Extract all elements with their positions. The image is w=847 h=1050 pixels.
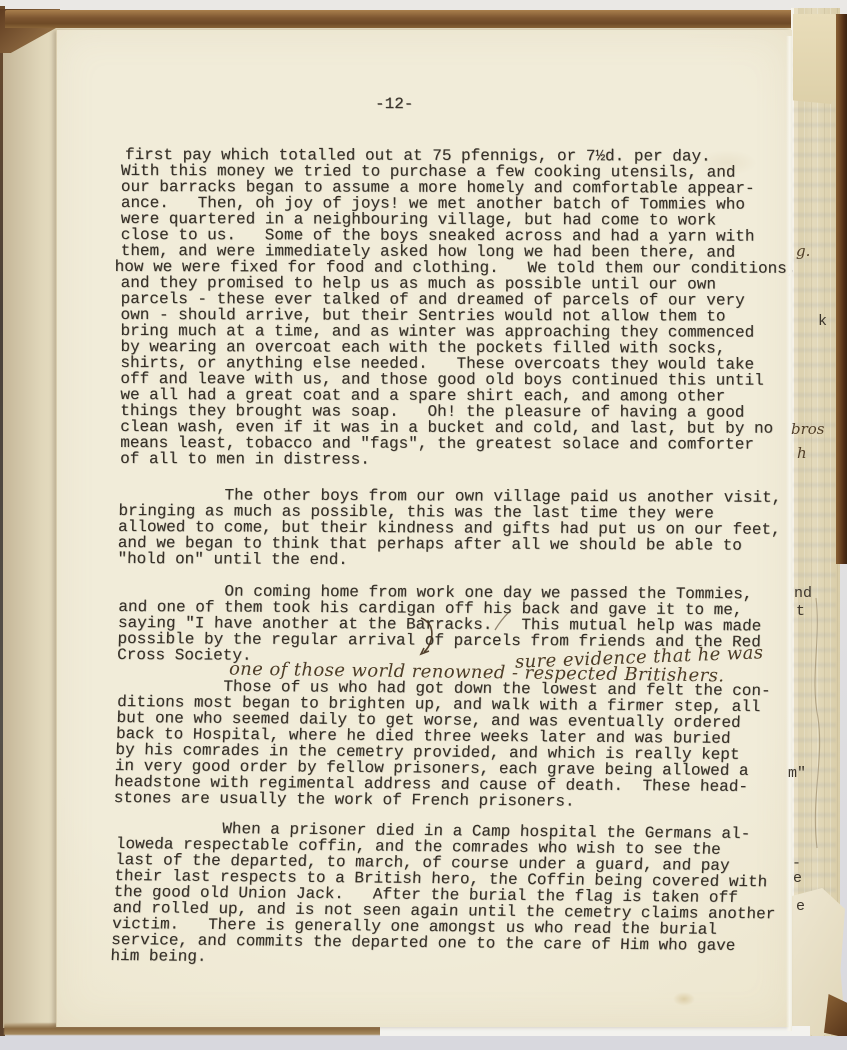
edge-text-fragment: g. bbox=[796, 244, 810, 259]
edge-text-fragment: k bbox=[818, 314, 827, 329]
typed-line: of all to men in distress. bbox=[120, 451, 796, 469]
edge-text-fragment: nd bbox=[794, 586, 812, 601]
scan-background-bottom bbox=[0, 1036, 847, 1050]
edge-text-fragment: - bbox=[792, 856, 801, 871]
sheet-right-edge-highlight bbox=[786, 36, 792, 1031]
paragraph: When a prisoner died in a Camp hospital … bbox=[110, 820, 779, 970]
edge-text-fragment: t bbox=[796, 604, 805, 619]
paragraph: Those of us who had got down the lowest … bbox=[113, 678, 770, 811]
edge-text-fragment: m" bbox=[788, 766, 806, 781]
paragraph: first pay which totalled out at 75 pfenn… bbox=[120, 147, 797, 469]
edge-text-fragment: bros bbox=[791, 422, 825, 437]
book-cover-right-edge bbox=[836, 14, 847, 564]
edge-text-fragment: h bbox=[797, 446, 807, 461]
book-scan: -12- first pay which totalled out at 75 … bbox=[0, 0, 847, 1050]
paragraph: The other boys from our own village paid… bbox=[117, 487, 781, 570]
edge-text-fragment: e bbox=[793, 871, 802, 886]
typed-memoir-page: -12- first pay which totalled out at 75 … bbox=[56, 30, 792, 1027]
page-number: -12- bbox=[375, 96, 413, 112]
annotation-arrow bbox=[377, 610, 557, 670]
edge-text-fragment: e bbox=[796, 899, 805, 914]
paper-stain bbox=[673, 992, 695, 1006]
paper-stain bbox=[697, 150, 757, 176]
book-top-edge bbox=[5, 10, 815, 28]
